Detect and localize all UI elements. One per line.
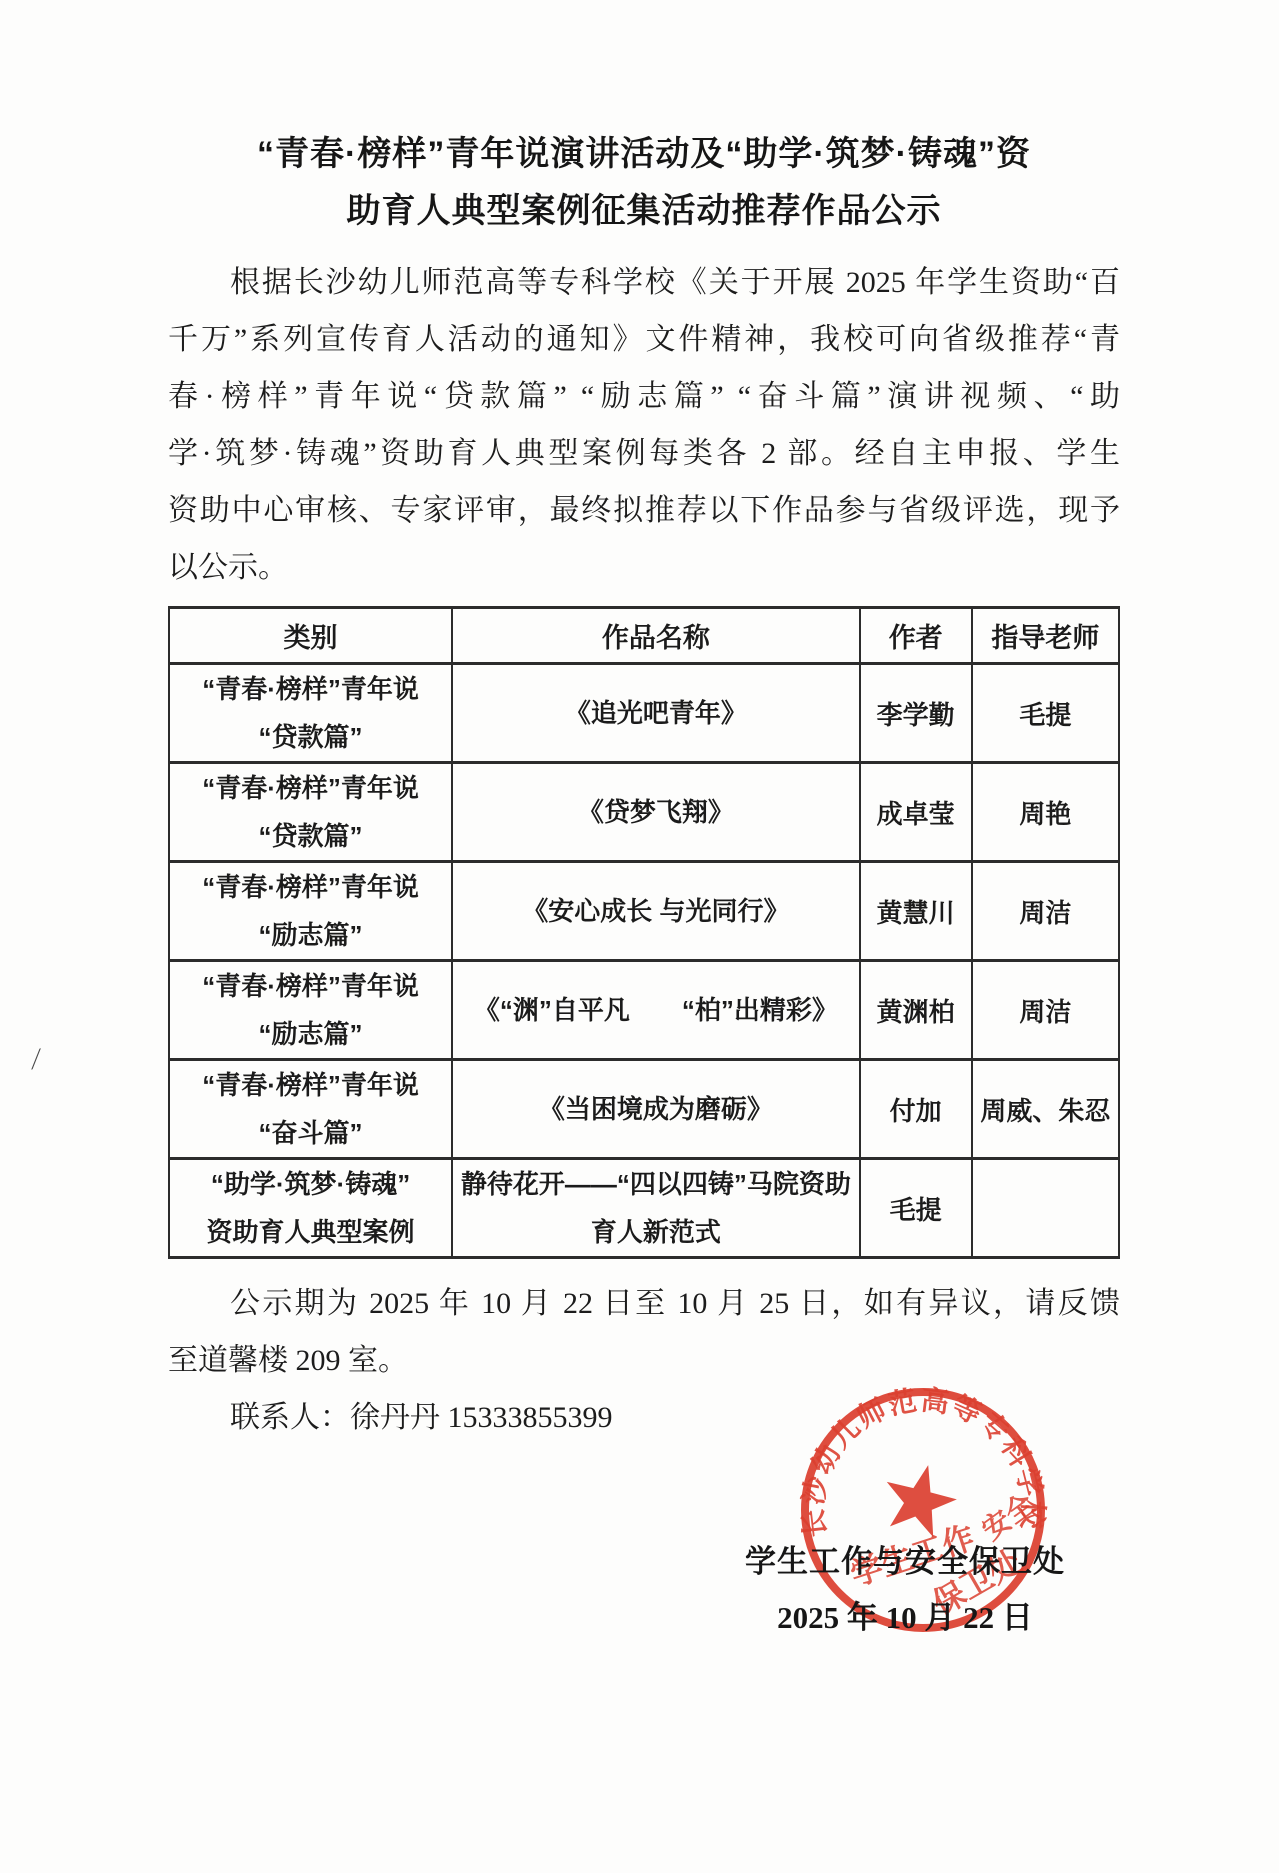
author-cell: 黄渊柏 xyxy=(860,961,972,1060)
work-title-line: 静待花开——“四以四铸”马院资助 xyxy=(457,1160,855,1208)
category-line: “励志篇” xyxy=(174,1010,447,1058)
body-paragraph: 根据长沙幼儿师范高等专科学校《关于开展 2025 年学生资助“百 千万”系列宣传… xyxy=(168,254,1120,596)
table-row: “青春·榜样”青年说 “贷款篇” 《追光吧青年》 李学勤 毛提 xyxy=(169,664,1119,763)
work-title-cell: 静待花开——“四以四铸”马院资助 育人新范式 xyxy=(452,1159,860,1258)
author-cell: 毛提 xyxy=(860,1159,972,1258)
work-title-line: 《安心成长 与光同行》 xyxy=(457,887,855,935)
category-line: “青春·榜样”青年说 xyxy=(174,1061,447,1109)
col-header-category: 类别 xyxy=(169,608,452,664)
signature-date: 2025 年 10 月 22 日 xyxy=(735,1592,1075,1637)
advisor-cell: 周艳 xyxy=(972,763,1119,862)
title-line-2: 助育人典型案例征集活动推荐作品公示 xyxy=(168,183,1120,240)
category-cell: “青春·榜样”青年说 “贷款篇” xyxy=(169,664,452,763)
author-cell: 付加 xyxy=(860,1060,972,1159)
author-cell: 成卓莹 xyxy=(860,763,972,862)
col-header-author: 作者 xyxy=(860,608,972,664)
title-line-1: “青春·榜样”青年说演讲活动及“助学·筑梦·铸魂”资 xyxy=(168,126,1120,183)
work-title-cell: 《安心成长 与光同行》 xyxy=(452,862,860,961)
category-cell: “青春·榜样”青年说 “奋斗篇” xyxy=(169,1060,452,1159)
category-line: “贷款篇” xyxy=(174,713,447,761)
category-line: “贷款篇” xyxy=(174,812,447,860)
table-row: “青春·榜样”青年说 “贷款篇” 《贷梦飞翔》 成卓莹 周艳 xyxy=(169,763,1119,862)
category-cell: “助学·筑梦·铸魂” 资助育人典型案例 xyxy=(169,1159,452,1258)
work-title-line: 《“渊”自平凡 “柏”出精彩》 xyxy=(457,986,855,1034)
work-title-cell: 《贷梦飞翔》 xyxy=(452,763,860,862)
document-title: “青春·榜样”青年说演讲活动及“助学·筑梦·铸魂”资 助育人典型案例征集活动推荐… xyxy=(168,126,1120,240)
table-row: “青春·榜样”青年说 “奋斗篇” 《当困境成为磨砺》 付加 周威、朱忍 xyxy=(169,1060,1119,1159)
body-line: 千万”系列宣传育人活动的通知》文件精神，我校可向省级推荐“青 xyxy=(168,311,1120,368)
table-header-row: 类别 作品名称 作者 指导老师 xyxy=(169,608,1119,664)
signature-department: 学生工作与安全保卫处 xyxy=(735,1536,1075,1581)
col-header-work: 作品名称 xyxy=(452,608,860,664)
author-cell: 李学勤 xyxy=(860,664,972,763)
table-row: “青春·榜样”青年说 “励志篇” 《安心成长 与光同行》 黄慧川 周洁 xyxy=(169,862,1119,961)
advisor-cell: 周洁 xyxy=(972,862,1119,961)
body-line: 根据长沙幼儿师范高等专科学校《关于开展 2025 年学生资助“百 xyxy=(168,254,1120,311)
work-title-line: 《追光吧青年》 xyxy=(457,689,855,737)
advisor-cell: 毛提 xyxy=(972,664,1119,763)
category-line: “青春·榜样”青年说 xyxy=(174,863,447,911)
body-line: 春·榜样”青年说“贷款篇” “励志篇” “奋斗篇”演讲视频、“助 xyxy=(168,368,1120,425)
advisor-cell: 周洁 xyxy=(972,961,1119,1060)
work-title-line: 《当困境成为磨砺》 xyxy=(457,1085,855,1133)
author-cell: 黄慧川 xyxy=(860,862,972,961)
category-line: “奋斗篇” xyxy=(174,1109,447,1157)
category-line: “励志篇” xyxy=(174,911,447,959)
work-title-cell: 《追光吧青年》 xyxy=(452,664,860,763)
category-cell: “青春·榜样”青年说 “励志篇” xyxy=(169,862,452,961)
body-line: 以公示。 xyxy=(168,539,1120,596)
work-title-line: 育人新范式 xyxy=(457,1208,855,1256)
closing-line: 公示期为 2025 年 10 月 22 日至 10 月 25 日，如有异议，请反… xyxy=(168,1275,1120,1332)
category-line: 资助育人典型案例 xyxy=(174,1208,447,1256)
col-header-advisor: 指导老师 xyxy=(972,608,1119,664)
document-content: “青春·榜样”青年说演讲活动及“助学·筑梦·铸魂”资 助育人典型案例征集活动推荐… xyxy=(168,0,1120,1446)
work-title-line: 《贷梦飞翔》 xyxy=(457,788,855,836)
advisor-cell: 周威、朱忍 xyxy=(972,1060,1119,1159)
category-line: “助学·筑梦·铸魂” xyxy=(174,1160,447,1208)
work-title-cell: 《“渊”自平凡 “柏”出精彩》 xyxy=(452,961,860,1060)
category-cell: “青春·榜样”青年说 “贷款篇” xyxy=(169,763,452,862)
handwritten-tick: ∕ xyxy=(30,1044,42,1076)
table-row: “助学·筑梦·铸魂” 资助育人典型案例 静待花开——“四以四铸”马院资助 育人新… xyxy=(169,1159,1119,1258)
advisor-cell xyxy=(972,1159,1119,1258)
table-row: “青春·榜样”青年说 “励志篇” 《“渊”自平凡 “柏”出精彩》 黄渊柏 周洁 xyxy=(169,961,1119,1060)
works-table: 类别 作品名称 作者 指导老师 “青春·榜样”青年说 “贷款篇” 《追光吧青年》… xyxy=(168,606,1120,1259)
category-cell: “青春·榜样”青年说 “励志篇” xyxy=(169,961,452,1060)
body-line: 学·筑梦·铸魂”资助育人典型案例每类各 2 部。经自主申报、学生 xyxy=(168,425,1120,482)
work-title-cell: 《当困境成为磨砺》 xyxy=(452,1060,860,1159)
body-line: 资助中心审核、专家评审，最终拟推荐以下作品参与省级评选，现予 xyxy=(168,482,1120,539)
category-line: “青春·榜样”青年说 xyxy=(174,665,447,713)
category-line: “青春·榜样”青年说 xyxy=(174,764,447,812)
document-page: ∕ “青春·榜样”青年说演讲活动及“助学·筑梦·铸魂”资 助育人典型案例征集活动… xyxy=(0,0,1279,1873)
category-line: “青春·榜样”青年说 xyxy=(174,962,447,1010)
